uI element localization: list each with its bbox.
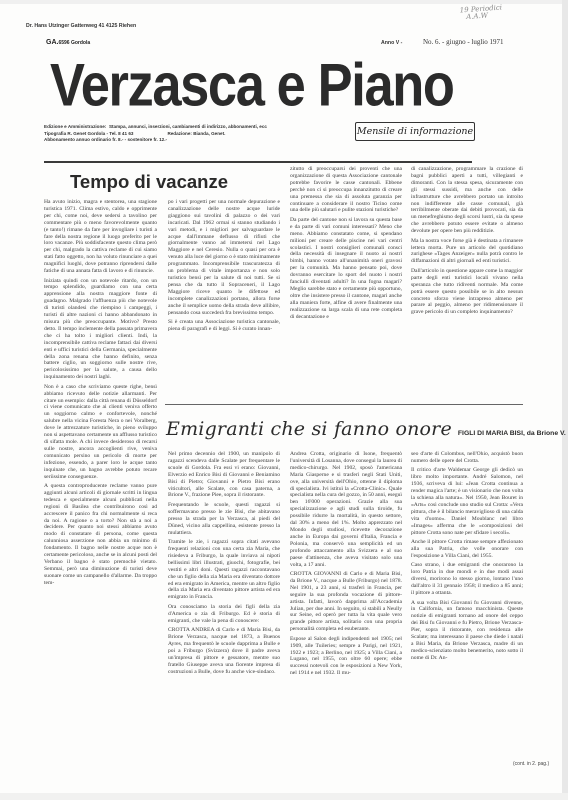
issue-date: No. 6. - giugno - luglio 1971	[423, 38, 504, 46]
article-divider-rule	[165, 404, 523, 405]
article2-column-1: Nel primo decennio del 1900, un manipolo…	[168, 451, 280, 678]
scan-edge-bottom	[0, 793, 568, 800]
masthead-title: Verzasca e Piano	[50, 52, 492, 119]
editorial-info: Edizione e Amministrazione: Stampa, annu…	[44, 124, 267, 144]
article1-column-4: di canalizzazione, programmare la crazio…	[411, 166, 523, 319]
continuation-note: (cont. in 2. pag.)	[513, 761, 549, 767]
article1-column-2: po i vari progetti per una normale depur…	[168, 199, 280, 335]
postal-mark: GA.6596 Gordola	[46, 39, 90, 46]
address-label: Dr. Hans Utzinger Gattenweg 41 4125 Rieh…	[26, 23, 136, 29]
tagline-box: Mensile di informazione	[355, 122, 475, 141]
handwritten-note: 19 Periodici A.A.W	[460, 5, 503, 22]
article-title-tempo-di-vacanze: Tempo di vacanze	[70, 171, 228, 193]
article1-column-3: zitutto di preoccuparsi dei proventi che…	[290, 166, 402, 323]
article2-column-3: seo d'arte di Colombus, nell'Ohio, acqui…	[411, 451, 523, 664]
volume-year: Anno V -	[381, 40, 402, 46]
scan-edge-right	[562, 0, 568, 800]
article1-column-1: Ha avuto inizio, magra e stentorea, una …	[44, 199, 157, 589]
scan-edge-top	[0, 0, 568, 4]
header-rule	[44, 161, 472, 163]
newspaper-page: Dr. Hans Utzinger Gattenweg 41 4125 Rieh…	[0, 0, 568, 800]
article-title-emigranti: Emigranti che si fanno onore FIGLI DI MA…	[166, 418, 566, 440]
article2-column-2: Andrea Crotta, originario di Isone, freq…	[290, 451, 402, 680]
